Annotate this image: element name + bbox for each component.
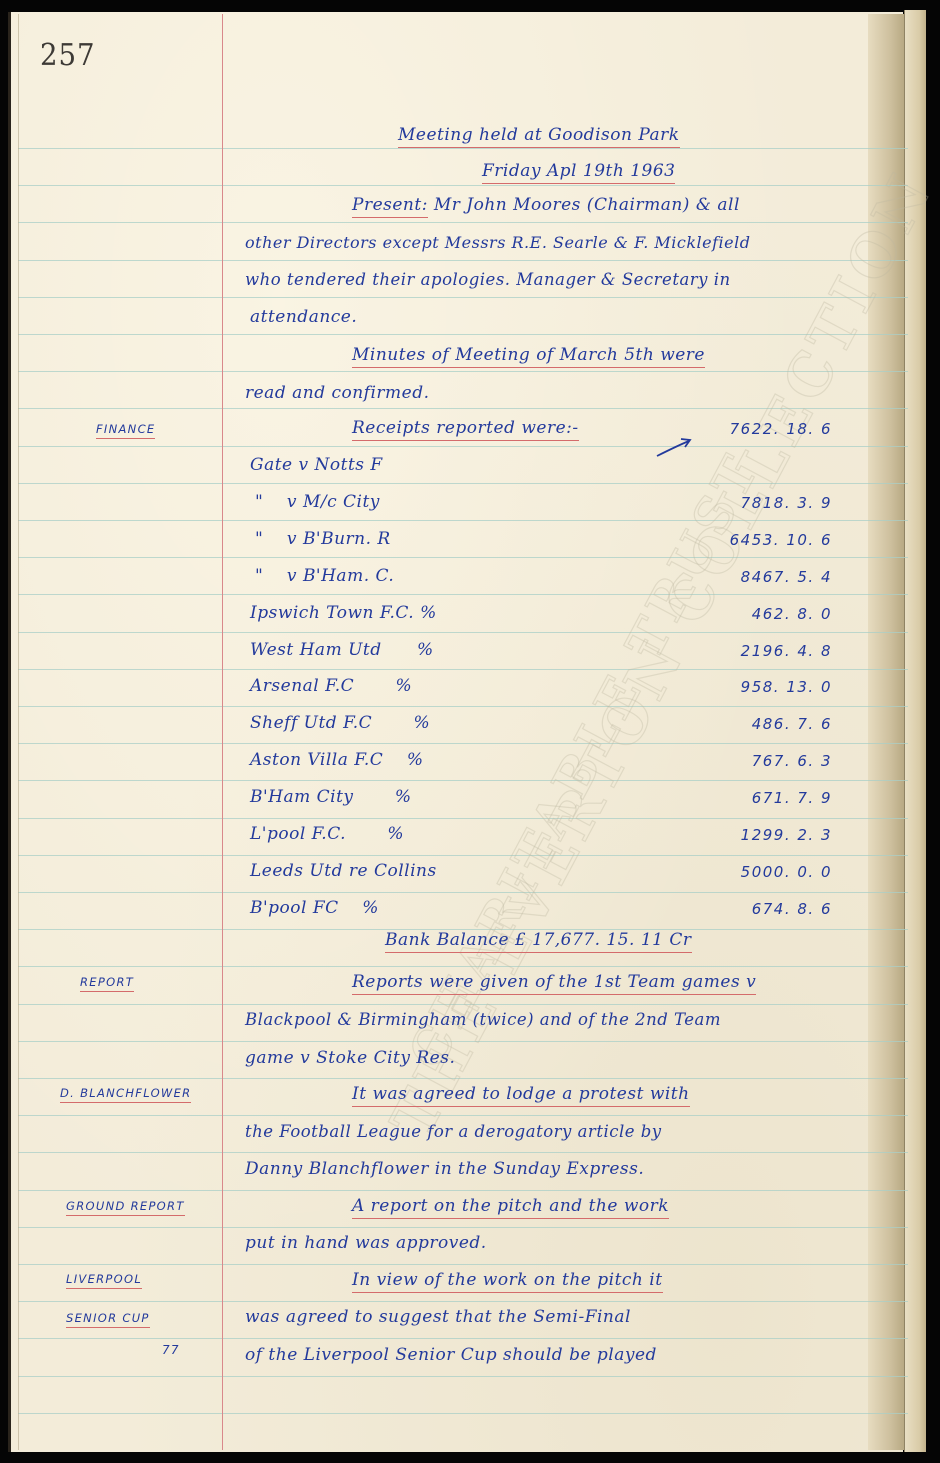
receipt-label: Sheff Utd F.C %	[250, 713, 430, 733]
ruled-line	[18, 1264, 908, 1265]
meeting-date: Friday Apl 19th 1963	[482, 161, 675, 184]
receipt-label: L'pool F.C. %	[250, 824, 404, 844]
page-number: 257	[40, 38, 95, 73]
reports-line-1: Reports were given of the 1st Team games…	[352, 972, 756, 992]
receipt-label: Aston Villa F.C %	[250, 750, 424, 770]
senior-cup-line-1: In view of the work on the pitch it	[352, 1270, 663, 1290]
bank-balance: Bank Balance £ 17,677. 15. 11 Cr	[385, 930, 692, 950]
receipt-label: B'pool FC %	[250, 898, 379, 918]
ruled-line	[18, 446, 908, 447]
reports-line-3: game v Stoke City Res.	[245, 1048, 455, 1068]
receipt-label: " v M/c City	[255, 492, 380, 512]
ruled-line	[18, 743, 908, 744]
meeting-title: Meeting held at Goodison Park	[398, 125, 680, 148]
margin-note-blanchflower: D. BLANCHFLOWER	[60, 1086, 191, 1103]
ruled-line	[18, 483, 908, 484]
margin-note-ground-report: GROUND REPORT	[66, 1199, 185, 1216]
ruled-line	[18, 334, 908, 335]
ruled-line	[18, 1413, 908, 1414]
margin-note-liverpool: LIVERPOOL	[66, 1272, 142, 1289]
page-gutter-shadow	[868, 14, 906, 1450]
ruled-line	[18, 855, 908, 856]
receipt-amount: 6453. 10. 6	[730, 531, 832, 549]
receipt-amount: 7818. 3. 9	[741, 494, 832, 512]
receipt-amount: 5000. 0. 0	[741, 863, 832, 881]
next-page-edge	[904, 10, 926, 1452]
ruled-line	[18, 818, 908, 819]
ruled-line	[18, 408, 908, 409]
blanchflower-line-2: the Football League for a derogatory art…	[245, 1122, 662, 1141]
ruled-line	[18, 148, 908, 149]
senior-cup-line-2: was agreed to suggest that the Semi-Fina…	[245, 1307, 631, 1327]
margin-rule	[222, 14, 223, 1450]
ruled-line	[18, 520, 908, 521]
ruled-line	[18, 1041, 908, 1042]
margin-note-report: REPORT	[80, 975, 134, 992]
ruled-line	[18, 780, 908, 781]
binding-rule	[18, 14, 19, 1450]
ruled-line	[18, 594, 908, 595]
ruled-line	[18, 1115, 908, 1116]
blanchflower-line-1: It was agreed to lodge a protest with	[352, 1084, 690, 1104]
ruled-line	[18, 669, 908, 670]
receipt-amount: 767. 6. 3	[752, 752, 832, 770]
ruled-line	[18, 222, 908, 223]
receipt-amount: 958. 13. 0	[741, 678, 832, 696]
ruled-line	[18, 966, 908, 967]
receipt-label: West Ham Utd %	[250, 640, 434, 660]
margin-note-finance: FINANCE	[96, 422, 155, 439]
ground-report-line-2: put in hand was approved.	[245, 1233, 487, 1253]
ruled-line	[18, 706, 908, 707]
receipt-label: " v B'Ham. C.	[255, 566, 394, 586]
ruled-line	[18, 1004, 908, 1005]
receipt-amount: 671. 7. 9	[752, 789, 832, 807]
attendance-line-4: attendance.	[250, 307, 357, 327]
margin-mark: 77	[162, 1343, 180, 1357]
receipts-label: Receipts reported were:-	[352, 418, 579, 438]
ruled-line	[18, 557, 908, 558]
ruled-line	[18, 1152, 908, 1153]
ruled-line	[18, 185, 908, 186]
senior-cup-line-3: of the Liverpool Senior Cup should be pl…	[245, 1345, 657, 1365]
receipt-amount: 462. 8. 0	[752, 605, 832, 623]
receipt-label: B'Ham City %	[250, 787, 412, 807]
ruled-line	[18, 892, 908, 893]
ruled-line	[18, 1078, 908, 1079]
arrow-up-right-icon	[655, 436, 695, 458]
margin-note-senior-cup: SENIOR CUP	[66, 1311, 150, 1328]
receipt-amount: 486. 7. 6	[752, 715, 832, 733]
present-names: Mr John Moores (Chairman) & all	[434, 195, 740, 215]
ruled-line	[18, 1190, 908, 1191]
ruled-line	[18, 1227, 908, 1228]
minutes-line-2: read and confirmed.	[245, 383, 430, 403]
receipt-label: Ipswich Town F.C. %	[250, 603, 437, 623]
ruled-line	[18, 297, 908, 298]
ruled-line	[18, 1376, 908, 1377]
receipt-amount: 674. 8. 6	[752, 900, 832, 918]
ruled-line	[18, 1301, 908, 1302]
receipt-amount: 1299. 2. 3	[741, 826, 832, 844]
receipts-total: 7622. 18. 6	[730, 420, 832, 438]
present-label: Present:	[352, 195, 428, 218]
ruled-line	[18, 260, 908, 261]
attendance-line-2: other Directors except Messrs R.E. Searl…	[245, 233, 751, 252]
receipt-amount: 8467. 5. 4	[741, 568, 832, 586]
ground-report-line-1: A report on the pitch and the work	[352, 1196, 669, 1216]
ruled-line	[18, 632, 908, 633]
receipt-label: Arsenal F.C %	[250, 676, 412, 696]
ruled-line	[18, 1338, 908, 1339]
blanchflower-line-3: Danny Blanchflower in the Sunday Express…	[245, 1159, 644, 1179]
receipt-amount: 2196. 4. 8	[741, 642, 832, 660]
present-line: Present: Mr John Moores (Chairman) & all	[352, 195, 740, 215]
attendance-line-3: who tendered their apologies. Manager & …	[245, 270, 731, 289]
receipt-label: " v B'Burn. R	[255, 529, 391, 549]
ruled-line	[18, 371, 908, 372]
minutes-line: Minutes of Meeting of March 5th were	[352, 345, 705, 365]
receipt-label: Leeds Utd re Collins	[250, 861, 437, 881]
receipt-label: Gate v Notts F	[250, 455, 383, 475]
reports-line-2: Blackpool & Birmingham (twice) and of th…	[245, 1010, 721, 1029]
